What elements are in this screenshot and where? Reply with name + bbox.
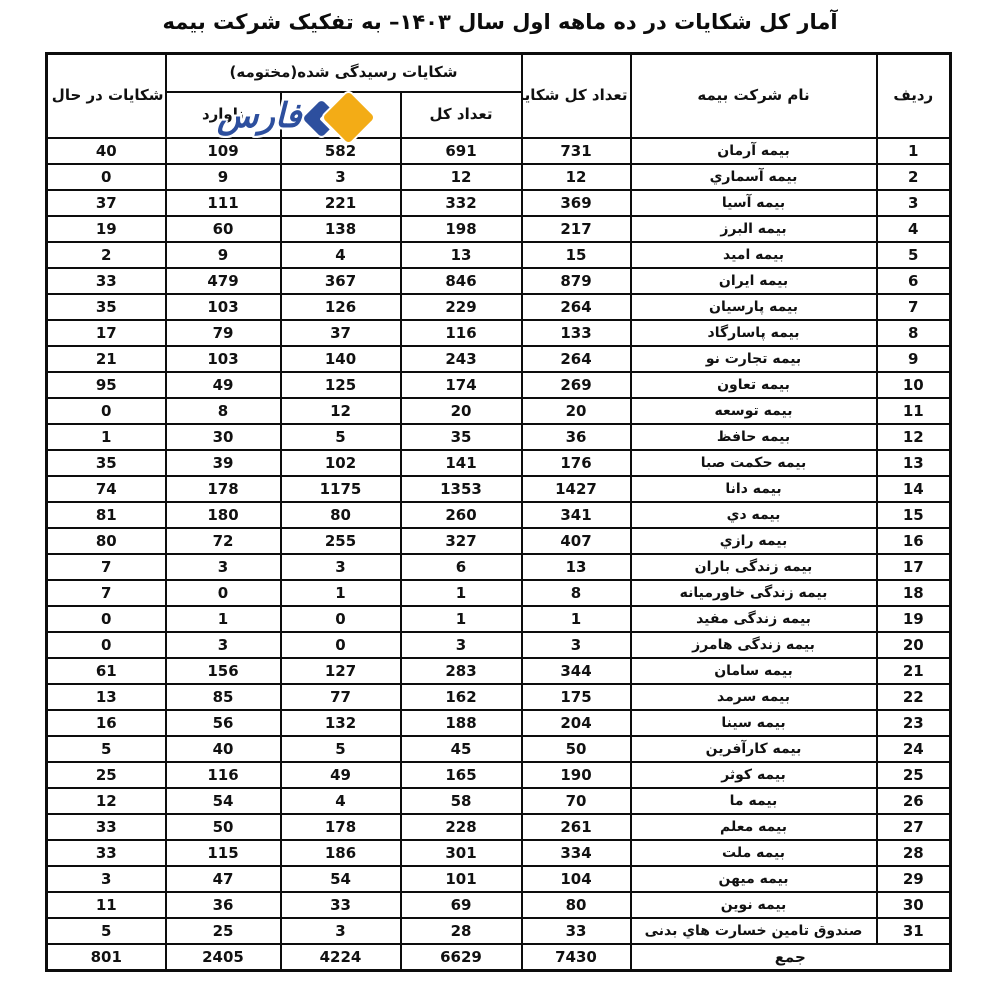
invalid-cell: 47 xyxy=(166,866,281,892)
in-progress-cell: 0 xyxy=(47,398,166,424)
table-row: 18بیمه زندگی خاورمیانه81107 xyxy=(47,580,951,606)
registered-total-cell: 50 xyxy=(522,736,631,762)
in-progress-cell: 11 xyxy=(47,892,166,918)
in-progress-cell: 35 xyxy=(47,450,166,476)
row-number-cell: 28 xyxy=(877,840,951,866)
company-name-cell: بیمه زندگی باران xyxy=(631,554,877,580)
registered-total-cell: 104 xyxy=(522,866,631,892)
company-name-cell: بیمه پاسارگاد xyxy=(631,320,877,346)
valid-cell: 0 xyxy=(281,632,401,658)
company-name-cell: بیمه ملت xyxy=(631,840,877,866)
company-name-cell: بیمه حافظ xyxy=(631,424,877,450)
total-in-progress-cell: 801 xyxy=(47,944,166,971)
total-invalid-cell: 2405 xyxy=(166,944,281,971)
valid-cell: 127 xyxy=(281,658,401,684)
total-row: جمع 7430 6629 4224 2405 801 xyxy=(47,944,951,971)
registered-total-cell: 217 xyxy=(522,216,631,242)
processed-total-cell: 188 xyxy=(401,710,522,736)
valid-cell: 125 xyxy=(281,372,401,398)
row-number-cell: 23 xyxy=(877,710,951,736)
company-name-cell: بیمه توسعه xyxy=(631,398,877,424)
processed-total-cell: 301 xyxy=(401,840,522,866)
company-name-cell: بیمه امید xyxy=(631,242,877,268)
registered-total-cell: 70 xyxy=(522,788,631,814)
processed-total-cell: 283 xyxy=(401,658,522,684)
row-number-cell: 7 xyxy=(877,294,951,320)
company-name-cell: بیمه آسیا xyxy=(631,190,877,216)
invalid-cell: 25 xyxy=(166,918,281,944)
in-progress-cell: 33 xyxy=(47,268,166,294)
company-name-cell: بیمه معلم xyxy=(631,814,877,840)
company-name-cell: بیمه تعاون xyxy=(631,372,877,398)
header-row-number: ردیف xyxy=(877,54,951,138)
row-number-cell: 17 xyxy=(877,554,951,580)
row-number-cell: 9 xyxy=(877,346,951,372)
processed-total-cell: 58 xyxy=(401,788,522,814)
total-registered-cell: 7430 xyxy=(522,944,631,971)
complaints-table-container: ردیف نام شرکت بیمه تعداد کل شکایات ثبت ش… xyxy=(48,52,952,972)
valid-cell: 49 xyxy=(281,762,401,788)
registered-total-cell: 190 xyxy=(522,762,631,788)
table-row: 15بیمه دي3412608018081 xyxy=(47,502,951,528)
processed-total-cell: 20 xyxy=(401,398,522,424)
invalid-cell: 79 xyxy=(166,320,281,346)
registered-total-cell: 3 xyxy=(522,632,631,658)
company-name-cell: بیمه پارسیان xyxy=(631,294,877,320)
processed-total-cell: 28 xyxy=(401,918,522,944)
table-row: 24بیمه کارآفرین50455405 xyxy=(47,736,951,762)
invalid-cell: 479 xyxy=(166,268,281,294)
processed-total-cell: 260 xyxy=(401,502,522,528)
row-number-cell: 11 xyxy=(877,398,951,424)
registered-total-cell: 334 xyxy=(522,840,631,866)
table-row: 20بیمه زندگی هامرز33030 xyxy=(47,632,951,658)
valid-cell: 37 xyxy=(281,320,401,346)
in-progress-cell: 5 xyxy=(47,736,166,762)
total-label-cell: جمع xyxy=(631,944,951,971)
registered-total-cell: 264 xyxy=(522,294,631,320)
table-row: 30بیمه نوین8069333611 xyxy=(47,892,951,918)
in-progress-cell: 80 xyxy=(47,528,166,554)
invalid-cell: 36 xyxy=(166,892,281,918)
row-number-cell: 20 xyxy=(877,632,951,658)
invalid-cell: 39 xyxy=(166,450,281,476)
invalid-cell: 50 xyxy=(166,814,281,840)
processed-total-cell: 3 xyxy=(401,632,522,658)
table-row: 19بیمه زندگی مفید11010 xyxy=(47,606,951,632)
processed-total-cell: 228 xyxy=(401,814,522,840)
registered-total-cell: 269 xyxy=(522,372,631,398)
processed-total-cell: 174 xyxy=(401,372,522,398)
table-footer: جمع 7430 6629 4224 2405 801 xyxy=(47,944,951,971)
in-progress-cell: 40 xyxy=(47,138,166,164)
in-progress-cell: 74 xyxy=(47,476,166,502)
registered-total-cell: 731 xyxy=(522,138,631,164)
invalid-cell: 9 xyxy=(166,242,281,268)
in-progress-cell: 1 xyxy=(47,424,166,450)
table-row: 17بیمه زندگی باران136337 xyxy=(47,554,951,580)
header-processed-total: تعداد کل xyxy=(401,92,522,138)
registered-total-cell: 175 xyxy=(522,684,631,710)
invalid-cell: 156 xyxy=(166,658,281,684)
invalid-cell: 180 xyxy=(166,502,281,528)
table-row: 2بیمه آسماري1212390 xyxy=(47,164,951,190)
table-row: 28بیمه ملت33430118611533 xyxy=(47,840,951,866)
table-body: 1بیمه آرمان731691582109402بیمه آسماري121… xyxy=(47,138,951,944)
valid-cell: 1175 xyxy=(281,476,401,502)
valid-cell: 138 xyxy=(281,216,401,242)
in-progress-cell: 37 xyxy=(47,190,166,216)
valid-cell: 1 xyxy=(281,580,401,606)
in-progress-cell: 0 xyxy=(47,632,166,658)
row-number-cell: 13 xyxy=(877,450,951,476)
invalid-cell: 109 xyxy=(166,138,281,164)
table-row: 23بیمه سینا2041881325616 xyxy=(47,710,951,736)
company-name-cell: بیمه دانا xyxy=(631,476,877,502)
invalid-cell: 56 xyxy=(166,710,281,736)
valid-cell: 255 xyxy=(281,528,401,554)
table-row: 31صندوق تامین خسارت هاي بدنی33283255 xyxy=(47,918,951,944)
company-name-cell: بیمه آرمان xyxy=(631,138,877,164)
processed-total-cell: 198 xyxy=(401,216,522,242)
table-row: 10بیمه تعاون2691741254995 xyxy=(47,372,951,398)
company-name-cell: بیمه البرز xyxy=(631,216,877,242)
invalid-cell: 3 xyxy=(166,554,281,580)
processed-total-cell: 35 xyxy=(401,424,522,450)
processed-total-cell: 691 xyxy=(401,138,522,164)
company-name-cell: بیمه سرمد xyxy=(631,684,877,710)
in-progress-cell: 33 xyxy=(47,840,166,866)
invalid-cell: 1 xyxy=(166,606,281,632)
total-processed-cell: 6629 xyxy=(401,944,522,971)
invalid-cell: 72 xyxy=(166,528,281,554)
row-number-cell: 5 xyxy=(877,242,951,268)
valid-cell: 4 xyxy=(281,242,401,268)
registered-total-cell: 33 xyxy=(522,918,631,944)
in-progress-cell: 13 xyxy=(47,684,166,710)
table-row: 11بیمه توسعه20201280 xyxy=(47,398,951,424)
row-number-cell: 12 xyxy=(877,424,951,450)
row-number-cell: 2 xyxy=(877,164,951,190)
table-row: 7بیمه پارسیان26422912610335 xyxy=(47,294,951,320)
row-number-cell: 1 xyxy=(877,138,951,164)
row-number-cell: 6 xyxy=(877,268,951,294)
in-progress-cell: 7 xyxy=(47,580,166,606)
page-title: آمار کل شکایات در ده ماهه اول سال ۱۴۰۳– … xyxy=(0,10,1000,34)
table-row: 1بیمه آرمان73169158210940 xyxy=(47,138,951,164)
table-row: 9بیمه تجارت نو26424314010321 xyxy=(47,346,951,372)
in-progress-cell: 35 xyxy=(47,294,166,320)
valid-cell: 186 xyxy=(281,840,401,866)
registered-total-cell: 176 xyxy=(522,450,631,476)
company-name-cell: بیمه کوثر xyxy=(631,762,877,788)
company-name-cell: بیمه دي xyxy=(631,502,877,528)
complaints-table: ردیف نام شرکت بیمه تعداد کل شکایات ثبت ش… xyxy=(45,52,952,972)
registered-total-cell: 264 xyxy=(522,346,631,372)
table-row: 6بیمه ایران87984636747933 xyxy=(47,268,951,294)
table-row: 27بیمه معلم2612281785033 xyxy=(47,814,951,840)
valid-cell: 0 xyxy=(281,606,401,632)
invalid-cell: 116 xyxy=(166,762,281,788)
invalid-cell: 60 xyxy=(166,216,281,242)
header-invalid: ناوارد xyxy=(166,92,281,138)
invalid-cell: 30 xyxy=(166,424,281,450)
processed-total-cell: 229 xyxy=(401,294,522,320)
valid-cell: 5 xyxy=(281,736,401,762)
registered-total-cell: 341 xyxy=(522,502,631,528)
company-name-cell: بیمه میهن xyxy=(631,866,877,892)
row-number-cell: 15 xyxy=(877,502,951,528)
table-row: 16بیمه رازي4073272557280 xyxy=(47,528,951,554)
processed-total-cell: 1 xyxy=(401,580,522,606)
header-in-progress: شکایات در حال رسیدگی xyxy=(47,54,166,138)
in-progress-cell: 33 xyxy=(47,814,166,840)
invalid-cell: 40 xyxy=(166,736,281,762)
row-number-cell: 19 xyxy=(877,606,951,632)
processed-total-cell: 45 xyxy=(401,736,522,762)
valid-cell: 132 xyxy=(281,710,401,736)
registered-total-cell: 15 xyxy=(522,242,631,268)
in-progress-cell: 7 xyxy=(47,554,166,580)
row-number-cell: 21 xyxy=(877,658,951,684)
registered-total-cell: 133 xyxy=(522,320,631,346)
table-row: 14بیمه دانا14271353117517874 xyxy=(47,476,951,502)
company-name-cell: بیمه زندگی مفید xyxy=(631,606,877,632)
invalid-cell: 178 xyxy=(166,476,281,502)
valid-cell: 126 xyxy=(281,294,401,320)
processed-total-cell: 162 xyxy=(401,684,522,710)
valid-cell: 12 xyxy=(281,398,401,424)
in-progress-cell: 25 xyxy=(47,762,166,788)
valid-cell: 3 xyxy=(281,164,401,190)
row-number-cell: 3 xyxy=(877,190,951,216)
company-name-cell: بیمه کارآفرین xyxy=(631,736,877,762)
table-row: 12بیمه حافظ36355301 xyxy=(47,424,951,450)
company-name-cell: بیمه سامان xyxy=(631,658,877,684)
company-name-cell: بیمه زندگی هامرز xyxy=(631,632,877,658)
processed-total-cell: 13 xyxy=(401,242,522,268)
registered-total-cell: 1427 xyxy=(522,476,631,502)
in-progress-cell: 3 xyxy=(47,866,166,892)
processed-total-cell: 332 xyxy=(401,190,522,216)
valid-cell: 367 xyxy=(281,268,401,294)
total-valid-cell: 4224 xyxy=(281,944,401,971)
header-processed-group: شکایات رسیدگی شده(مختومه) xyxy=(166,54,522,92)
in-progress-cell: 17 xyxy=(47,320,166,346)
valid-cell: 33 xyxy=(281,892,401,918)
invalid-cell: 3 xyxy=(166,632,281,658)
valid-cell: 221 xyxy=(281,190,401,216)
valid-cell: 80 xyxy=(281,502,401,528)
in-progress-cell: 81 xyxy=(47,502,166,528)
valid-cell: 102 xyxy=(281,450,401,476)
row-number-cell: 26 xyxy=(877,788,951,814)
table-row: 29بیمه میهن10410154473 xyxy=(47,866,951,892)
row-number-cell: 4 xyxy=(877,216,951,242)
registered-total-cell: 12 xyxy=(522,164,631,190)
table-row: 26بیمه ما705845412 xyxy=(47,788,951,814)
registered-total-cell: 204 xyxy=(522,710,631,736)
in-progress-cell: 12 xyxy=(47,788,166,814)
valid-cell: 140 xyxy=(281,346,401,372)
invalid-cell: 0 xyxy=(166,580,281,606)
processed-total-cell: 116 xyxy=(401,320,522,346)
valid-cell: 178 xyxy=(281,814,401,840)
registered-total-cell: 879 xyxy=(522,268,631,294)
table-row: 21بیمه سامان34428312715661 xyxy=(47,658,951,684)
registered-total-cell: 344 xyxy=(522,658,631,684)
registered-total-cell: 36 xyxy=(522,424,631,450)
row-number-cell: 30 xyxy=(877,892,951,918)
table-row: 8بیمه پاسارگاد133116377917 xyxy=(47,320,951,346)
table-header: ردیف نام شرکت بیمه تعداد کل شکایات ثبت ش… xyxy=(47,54,951,138)
valid-cell: 54 xyxy=(281,866,401,892)
company-name-cell: بیمه ما xyxy=(631,788,877,814)
in-progress-cell: 61 xyxy=(47,658,166,684)
invalid-cell: 111 xyxy=(166,190,281,216)
table-row: 3بیمه آسیا36933222111137 xyxy=(47,190,951,216)
in-progress-cell: 5 xyxy=(47,918,166,944)
row-number-cell: 31 xyxy=(877,918,951,944)
company-name-cell: بیمه رازي xyxy=(631,528,877,554)
header-company-name: نام شرکت بیمه xyxy=(631,54,877,138)
table-row: 22بیمه سرمد175162778513 xyxy=(47,684,951,710)
processed-total-cell: 165 xyxy=(401,762,522,788)
company-name-cell: بیمه آسماري xyxy=(631,164,877,190)
company-name-cell: بیمه نوین xyxy=(631,892,877,918)
registered-total-cell: 407 xyxy=(522,528,631,554)
processed-total-cell: 141 xyxy=(401,450,522,476)
table-row: 25بیمه کوثر1901654911625 xyxy=(47,762,951,788)
registered-total-cell: 20 xyxy=(522,398,631,424)
in-progress-cell: 95 xyxy=(47,372,166,398)
invalid-cell: 9 xyxy=(166,164,281,190)
in-progress-cell: 2 xyxy=(47,242,166,268)
invalid-cell: 49 xyxy=(166,372,281,398)
invalid-cell: 103 xyxy=(166,346,281,372)
row-number-cell: 24 xyxy=(877,736,951,762)
row-number-cell: 22 xyxy=(877,684,951,710)
invalid-cell: 115 xyxy=(166,840,281,866)
in-progress-cell: 0 xyxy=(47,164,166,190)
row-number-cell: 27 xyxy=(877,814,951,840)
processed-total-cell: 69 xyxy=(401,892,522,918)
header-valid: وارد xyxy=(281,92,401,138)
in-progress-cell: 21 xyxy=(47,346,166,372)
valid-cell: 5 xyxy=(281,424,401,450)
valid-cell: 3 xyxy=(281,918,401,944)
valid-cell: 582 xyxy=(281,138,401,164)
registered-total-cell: 8 xyxy=(522,580,631,606)
company-name-cell: صندوق تامین خسارت هاي بدنی xyxy=(631,918,877,944)
row-number-cell: 29 xyxy=(877,866,951,892)
processed-total-cell: 1 xyxy=(401,606,522,632)
registered-total-cell: 13 xyxy=(522,554,631,580)
processed-total-cell: 12 xyxy=(401,164,522,190)
registered-total-cell: 261 xyxy=(522,814,631,840)
valid-cell: 3 xyxy=(281,554,401,580)
table-row: 13بیمه حکمت صبا1761411023935 xyxy=(47,450,951,476)
processed-total-cell: 846 xyxy=(401,268,522,294)
table-row: 4بیمه البرز2171981386019 xyxy=(47,216,951,242)
in-progress-cell: 16 xyxy=(47,710,166,736)
registered-total-cell: 1 xyxy=(522,606,631,632)
company-name-cell: بیمه سینا xyxy=(631,710,877,736)
company-name-cell: بیمه حکمت صبا xyxy=(631,450,877,476)
registered-total-cell: 369 xyxy=(522,190,631,216)
company-name-cell: بیمه ایران xyxy=(631,268,877,294)
company-name-cell: بیمه زندگی خاورمیانه xyxy=(631,580,877,606)
valid-cell: 77 xyxy=(281,684,401,710)
table-row: 5بیمه امید1513492 xyxy=(47,242,951,268)
processed-total-cell: 101 xyxy=(401,866,522,892)
processed-total-cell: 327 xyxy=(401,528,522,554)
row-number-cell: 8 xyxy=(877,320,951,346)
document-page: آمار کل شکایات در ده ماهه اول سال ۱۴۰۳– … xyxy=(0,0,1000,1000)
row-number-cell: 25 xyxy=(877,762,951,788)
row-number-cell: 18 xyxy=(877,580,951,606)
processed-total-cell: 243 xyxy=(401,346,522,372)
valid-cell: 4 xyxy=(281,788,401,814)
in-progress-cell: 19 xyxy=(47,216,166,242)
invalid-cell: 103 xyxy=(166,294,281,320)
row-number-cell: 16 xyxy=(877,528,951,554)
in-progress-cell: 0 xyxy=(47,606,166,632)
company-name-cell: بیمه تجارت نو xyxy=(631,346,877,372)
registered-total-cell: 80 xyxy=(522,892,631,918)
processed-total-cell: 1353 xyxy=(401,476,522,502)
header-registered-total: تعداد کل شکایات ثبت شده xyxy=(522,54,631,138)
row-number-cell: 14 xyxy=(877,476,951,502)
invalid-cell: 54 xyxy=(166,788,281,814)
processed-total-cell: 6 xyxy=(401,554,522,580)
row-number-cell: 10 xyxy=(877,372,951,398)
invalid-cell: 8 xyxy=(166,398,281,424)
invalid-cell: 85 xyxy=(166,684,281,710)
